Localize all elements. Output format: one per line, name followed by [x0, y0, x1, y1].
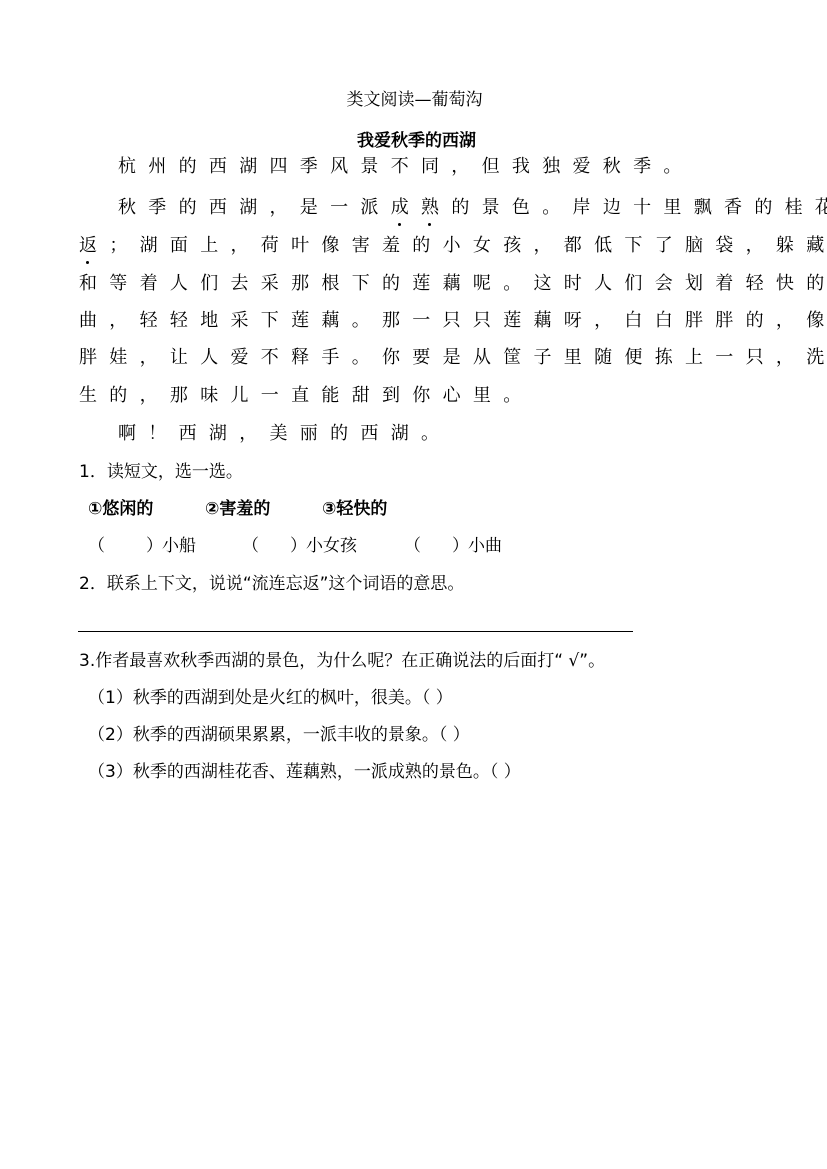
blank-close-paren[interactable]: ） — [290, 538, 306, 555]
passage-line-4: 和等着人们去采那根下的莲藕呢。这时人们会划着轻快的小船，哼着悠闲的小 — [79, 275, 827, 293]
passage-line-3: 返；湖面上，荷叶像害羞的小女孩，都低下了脑袋，躲藏了起来，她们在提醒 — [79, 237, 827, 255]
question-3-prompt: 3.作者最喜欢秋季西湖的景色，为什么呢？在正确说法的后面打“ √”。 — [79, 653, 605, 670]
question-1-blanks: （）小船（）小女孩（）小曲 — [88, 538, 502, 555]
blank-close-paren[interactable]: ） — [452, 538, 468, 555]
option-2: ②害羞的 — [205, 501, 322, 518]
blank-close-paren[interactable]: ） — [146, 538, 162, 555]
emphasized-char: 返 — [79, 237, 109, 255]
passage-text: 的景色。岸边十里飘香的桂花呀，真让人 — [451, 197, 827, 218]
question-1-prompt: 1．读短文，选一选。 — [79, 464, 243, 481]
passage-title: 我爱秋季的西湖 — [0, 133, 827, 150]
blank-open-paren: （ — [88, 538, 146, 555]
question-3-item-1[interactable]: （1）秋季的西湖到处是火红的枫叶，很美。（ ） — [88, 690, 453, 707]
option-1: ①悠闲的 — [88, 501, 205, 518]
passage-line-8: 啊！西湖，美丽的西湖。 — [118, 425, 451, 443]
emphasized-char: 成 — [391, 199, 421, 217]
blank-open-paren: （ — [242, 538, 290, 555]
blank-noun: 小船 — [162, 538, 242, 555]
blank-noun: 小曲 — [468, 538, 502, 555]
passage-line-5: 曲，轻轻地采下莲藕。那一只只莲藕呀，白白胖胖的，像一个个一丝不挂的小 — [79, 312, 827, 330]
question-3-item-2[interactable]: （2）秋季的西湖硕果累累，一派丰收的景象。（ ） — [88, 727, 470, 744]
question-2-prompt: 2．联系上下文，说说“流连忘返”这个词语的意思。 — [79, 576, 464, 593]
passage-line-1: 杭州的西湖四季风景不同，但我独爱秋季。 — [118, 158, 694, 176]
option-3: ③轻快的 — [322, 501, 387, 518]
passage-line-2: 秋季的西湖，是一派成熟的景色。岸边十里飘香的桂花呀，真让人流连忘 — [118, 199, 827, 217]
answer-line[interactable] — [78, 631, 633, 632]
worksheet-title: 类文阅读—葡萄沟 — [0, 92, 827, 109]
blank-noun: 小女孩 — [306, 538, 404, 555]
worksheet-title-text: 类文阅读—葡萄沟 — [347, 90, 483, 110]
question-1-options: ①悠闲的②害羞的③轻快的 — [88, 501, 387, 518]
question-3-item-3[interactable]: （3）秋季的西湖桂花香、莲藕熟，一派成熟的景色。（ ） — [88, 764, 521, 781]
passage-text: 秋季的西湖，是一派 — [118, 197, 391, 218]
emphasized-char: 熟 — [421, 199, 451, 217]
passage-text: ；湖面上，荷叶像害羞的小女孩，都低下了脑袋，躲藏了起来，她们在提醒 — [109, 235, 827, 256]
passage-title-text: 我爱秋季的西湖 — [357, 131, 476, 151]
blank-open-paren: （ — [404, 538, 452, 555]
passage-line-7: 生的，那味儿一直能甜到你心里。 — [79, 387, 534, 405]
passage-line-6: 胖娃，让人爱不释手。你要是从筐子里随便拣上一只，洗洗干净咬上口，脆生 — [79, 349, 827, 367]
